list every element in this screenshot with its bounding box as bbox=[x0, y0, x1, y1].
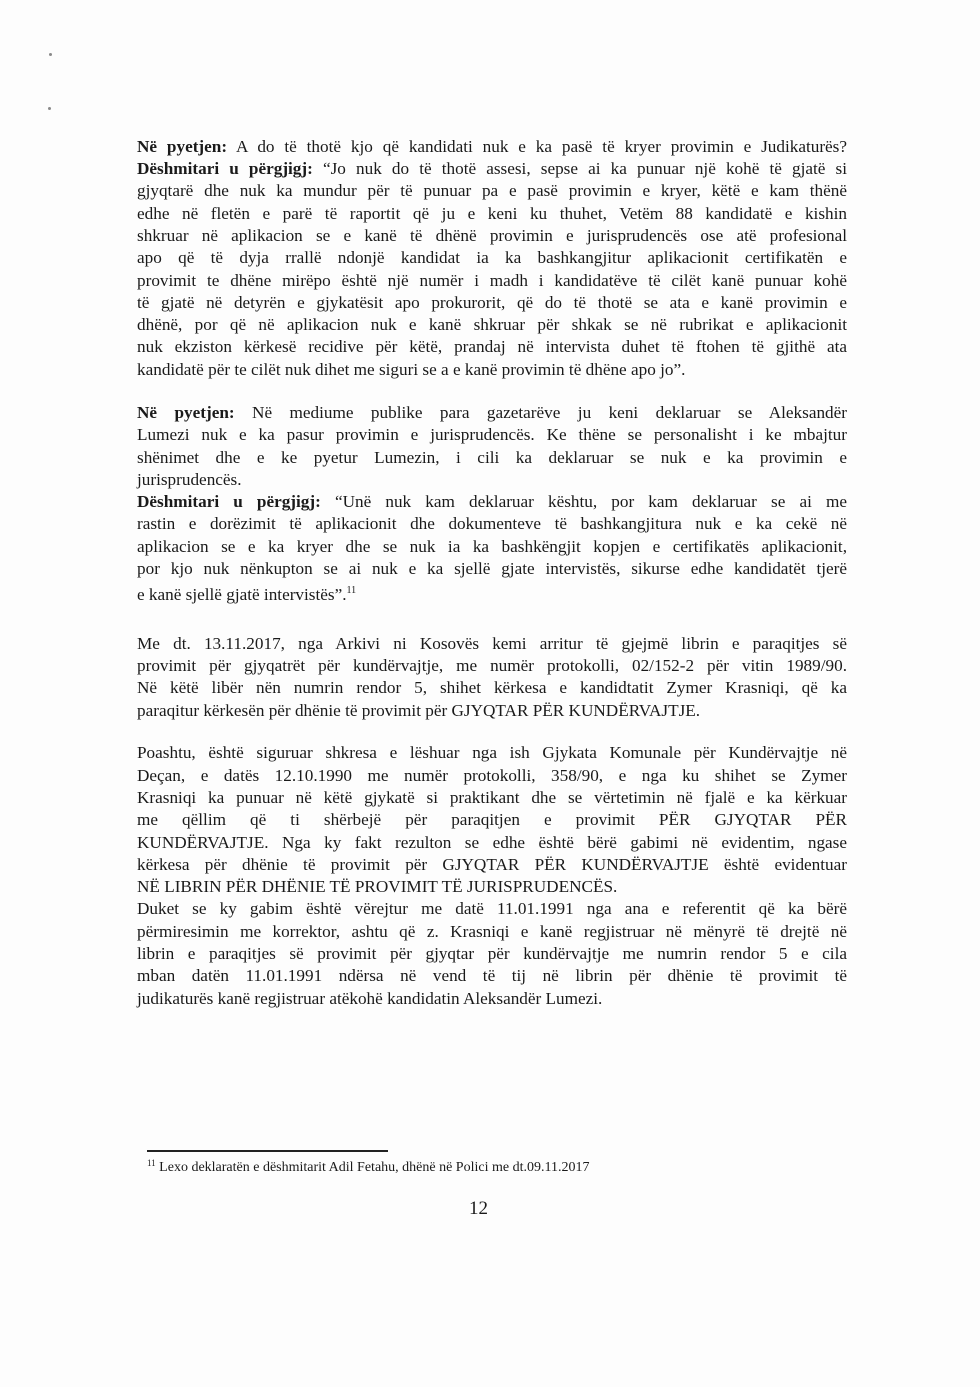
text-line: aplikacion se e ka kryer dhe se nuk ia k… bbox=[137, 537, 847, 557]
text-line: Dëshmitari u përgjigj: “Unë nuk kam dekl… bbox=[137, 492, 847, 512]
text-line: Poashtu, është siguruar shkresa e lëshua… bbox=[137, 743, 847, 763]
text-line: kërkesa për dhënie të provimit për GJYQT… bbox=[137, 855, 847, 875]
question-label: Në pyetjen: bbox=[137, 403, 235, 422]
text-line: Duket se ky gabim është vërejtur me datë… bbox=[137, 899, 847, 919]
text-line: e kanë sjellë gjatë intervistës”.11 bbox=[137, 581, 847, 605]
text-line: Lumezi nuk e ka pasur provimin e jurispr… bbox=[137, 425, 847, 445]
text-line: Krasniqi ka punuar në këtë gjykatë si pr… bbox=[137, 788, 847, 808]
text-line: judikaturës kanë regjistruar atëkohë kan… bbox=[137, 989, 847, 1009]
scan-speck bbox=[49, 53, 52, 56]
text-line: NË LIBRIN PËR DHËNIE TË PROVIMIT TË JURI… bbox=[137, 877, 847, 897]
text-line: kandidatë për te cilët nuk dihet me sigu… bbox=[137, 360, 847, 380]
text-line: rastin e dorëzimit të aplikacionit dhe d… bbox=[137, 514, 847, 534]
text-line: provimit te dhëne mirëpo është një numër… bbox=[137, 271, 847, 291]
footnote-text: Lexo deklaratën e dëshmitarit Adil Fetah… bbox=[156, 1160, 590, 1175]
text-line: provimit për gjyqatrët për kundërvajtje,… bbox=[137, 656, 847, 676]
text-line: por kjo nuk nënkupton se ai nuk e ka sje… bbox=[137, 559, 847, 579]
footnote-reference[interactable]: 11 bbox=[347, 585, 357, 596]
document-page: Në pyetjen: A do të thotë kjo që kandida… bbox=[0, 0, 980, 1387]
footnote-separator bbox=[147, 1150, 388, 1152]
text-line: apo që të dyja rrallë ndonjë kandidat ia… bbox=[137, 248, 847, 268]
text-line: jurisprudencës. bbox=[137, 470, 847, 490]
footnote-number: 11 bbox=[147, 1158, 156, 1168]
text-line: librin e paraqitjes së provimit për gjyq… bbox=[137, 944, 847, 964]
text-line: KUNDËRVAJTJE. Nga ky fakt rezulton se ed… bbox=[137, 833, 847, 853]
footnote: 11 Lexo deklaratën e dëshmitarit Adil Fe… bbox=[147, 1154, 589, 1177]
text-line: dhënë, por që në aplikacion nuk e kanë s… bbox=[137, 315, 847, 335]
text-line: Deçan, e datës 12.10.1990 me numër proto… bbox=[137, 766, 847, 786]
scan-speck bbox=[48, 107, 51, 110]
text-line: me qëllim që ti shërbejë për paraqitjen … bbox=[137, 810, 847, 830]
text-line: Me dt. 13.11.2017, nga Arkivi ni Kosovës… bbox=[137, 634, 847, 654]
text-line: shkruar në aplikacion se e kanë të dhënë… bbox=[137, 226, 847, 246]
text-line: paraqitur kërkesën për dhënie të provimi… bbox=[137, 701, 847, 721]
answer-label: Dëshmitari u përgjigj: bbox=[137, 159, 313, 178]
text-line: të gjatë në detyrën e gjykatësit apo pro… bbox=[137, 293, 847, 313]
page-number: 12 bbox=[469, 1198, 488, 1220]
text-line: Në pyetjen: Në mediume publike para gaze… bbox=[137, 403, 847, 423]
text-line: Në këtë libër nën numrin rendor 5, shihe… bbox=[137, 678, 847, 698]
answer-label: Dëshmitari u përgjigj: bbox=[137, 492, 321, 511]
text-line: përmiresimin me korrektor, ashtu që z. K… bbox=[137, 922, 847, 942]
text-line: Dëshmitari u përgjigj: “Jo nuk do të tho… bbox=[137, 159, 847, 179]
question-label: Në pyetjen: bbox=[137, 137, 227, 156]
text-line: edhe në fletën e parë të raportit që ju … bbox=[137, 204, 847, 224]
text-line: gjyqtarë dhe nuk ka mundur për të punuar… bbox=[137, 181, 847, 201]
text-line: nuk ekziston kërkesë recidive për këtë, … bbox=[137, 337, 847, 357]
text-line: shënimet dhe e ke pyetur Lumezin, i cili… bbox=[137, 448, 847, 468]
text-line: mban datën 11.01.1991 ndërsa në vend të … bbox=[137, 966, 847, 986]
text-line: Në pyetjen: A do të thotë kjo që kandida… bbox=[137, 137, 847, 157]
